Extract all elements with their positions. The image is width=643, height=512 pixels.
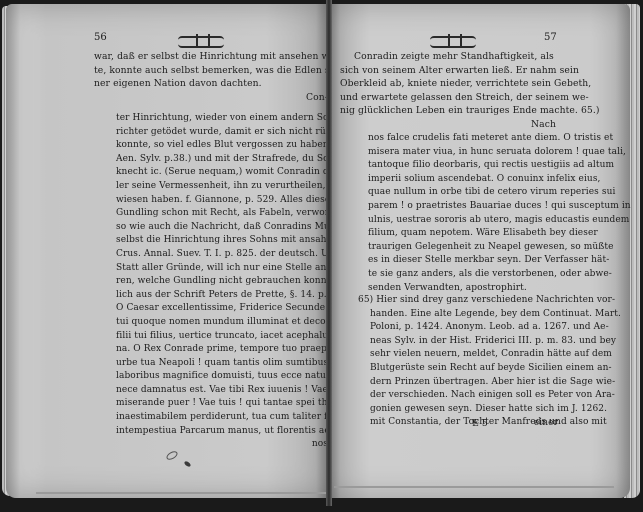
page-number: 56 bbox=[94, 32, 107, 43]
text-line: te sie ganz anders, als die verstorbenen… bbox=[368, 268, 558, 282]
book-gutter bbox=[326, 0, 332, 506]
catchword: einer bbox=[520, 417, 558, 431]
text-line: urbe tua Neapoli ! quam tantis olim sumt… bbox=[116, 357, 328, 371]
catchword-bottom: einer bbox=[520, 417, 558, 431]
text-line: Gundling schon mit Recht, als Fabeln, ve… bbox=[116, 207, 328, 221]
paper-stain bbox=[183, 460, 191, 467]
text-line: 65) Hier sind drey ganz verschiedene Nac… bbox=[358, 294, 558, 308]
catchword: Con- bbox=[94, 91, 328, 105]
header-ornament-icon bbox=[430, 36, 476, 48]
page-fold-line bbox=[334, 486, 614, 488]
text-line: quae nullum in orbe tibi de cetero virum… bbox=[368, 186, 558, 200]
text-line: parem ! o praetristes Bauariae duces ! q… bbox=[368, 200, 558, 214]
text-line: Statt aller Gründe, will ich nur eine St… bbox=[116, 262, 328, 276]
text-line: handen. Eine alte Legende, bey dem Conti… bbox=[358, 308, 558, 322]
text-line: es in dieser Stelle merkbar seyn. Der Ve… bbox=[368, 254, 558, 268]
text-line: tantoque filio deorbaris, qui rectis ues… bbox=[368, 159, 558, 173]
catchword: nos bbox=[116, 438, 328, 452]
text-line: misera mater viua, in hunc seruata dolor… bbox=[368, 146, 558, 160]
text-line: lich aus der Schrift Peters de Prette, §… bbox=[116, 289, 328, 303]
page-fold-line bbox=[36, 492, 326, 494]
text-line: selbst die Hinrichtung ihres Sohns mit a… bbox=[116, 234, 328, 248]
text-line: war, daß er selbst die Hinrichtung mit a… bbox=[94, 50, 328, 64]
left-page: 56 war, daß er selbst die Hinrichtung mi… bbox=[6, 4, 328, 498]
text-line: Aen. Sylv. p.38.) und mit der Strafrede,… bbox=[116, 153, 328, 167]
text-line: nig glücklichen Leben ein trauriges Ende… bbox=[340, 104, 556, 118]
text-line: Crus. Annal. Suev. T. I. p. 825. der deu… bbox=[116, 248, 328, 262]
text-line: Conradin zeigte mehr Standhaftigkeit, al… bbox=[340, 50, 556, 64]
footnote-continuation: nos falce crudelis fati meteret ante die… bbox=[368, 132, 558, 295]
text-line: miserande puer ! Vae tuis ! qui tantae s… bbox=[116, 397, 328, 411]
text-line: dern Prinzen übertragen. Aber hier ist d… bbox=[358, 376, 558, 390]
text-line: tui quoque nomen mundum illuminat et dec… bbox=[116, 316, 328, 330]
text-line: ter Hinrichtung, wieder von einem andern… bbox=[116, 112, 328, 126]
text-line: inaestimabilem perdiderunt, tua cum tali… bbox=[116, 411, 328, 425]
right-page: 57 Conradin zeigte mehr Standhaftigkeit,… bbox=[330, 4, 630, 498]
text-line: ler seine Vermessenheit, ihn zu verurthe… bbox=[116, 180, 328, 194]
footnote-65: 65) Hier sind drey ganz verschiedene Nac… bbox=[358, 294, 558, 430]
open-book: 56 war, daß er selbst die Hinrichtung mi… bbox=[0, 0, 643, 512]
text-line: intempestiua Parcarum manus, ut florenti… bbox=[116, 425, 328, 439]
text-line: ulnis, uestrae sororis ab utero, magis e… bbox=[368, 214, 558, 228]
text-line: filium, quam nepotem. Wäre Elisabeth bey… bbox=[368, 227, 558, 241]
text-line: filii tui filius, uertice truncato, iace… bbox=[116, 330, 328, 344]
text-line: laboribus magnifice domuisti, tuus ecce … bbox=[116, 370, 328, 384]
text-line: traurigen Gelegenheit zu Neapel gewesen,… bbox=[368, 241, 558, 255]
text-line: na. O Rex Conrade prime, tempore tuo pra… bbox=[116, 343, 328, 357]
text-line: neas Sylv. in der Hist. Friderici III. p… bbox=[358, 335, 558, 349]
text-line: sich von seinem Alter erwarten ließ. Er … bbox=[340, 64, 556, 78]
text-line: richter getödet wurde, damit er sich nic… bbox=[116, 126, 328, 140]
text-line: gonien gewesen seyn. Dieser hatte sich i… bbox=[358, 403, 558, 417]
text-line: nos falce crudelis fati meteret ante die… bbox=[368, 132, 558, 146]
text-line: Blutgerüste sein Recht auf beyde Sicilie… bbox=[358, 362, 558, 376]
text-line: Poloni, p. 1424. Anonym. Leob. ad a. 126… bbox=[358, 321, 558, 335]
text-line: konnte, so viel edles Blut vergossen zu … bbox=[116, 139, 328, 153]
main-text: Conradin zeigte mehr Standhaftigkeit, al… bbox=[340, 50, 556, 132]
signature-mark: E 5 bbox=[460, 417, 500, 431]
signature: E 5 bbox=[460, 417, 500, 431]
text-line: imperii solium ascendebat. O conuinx inf… bbox=[368, 173, 558, 187]
text-line: und erwartete gelassen den Streich, der … bbox=[340, 91, 556, 105]
text-line: so wie auch die Nachricht, daß Conradins… bbox=[116, 221, 328, 235]
catchword: Nach bbox=[340, 118, 556, 132]
text-line: ner eigenen Nation davon dachten. bbox=[94, 77, 328, 91]
page-number: 57 bbox=[544, 32, 557, 43]
text-line: knecht ic. (Serue nequam,) womit Conradi… bbox=[116, 166, 328, 180]
text-line: ren, welche Gundling nicht gebrauchen ko… bbox=[116, 275, 328, 289]
text-line: sehr vielen neuern, meldet, Conradin hät… bbox=[358, 348, 558, 362]
main-text: war, daß er selbst die Hinrichtung mit a… bbox=[94, 50, 328, 104]
text-line: nece damnatus est. Vae tibi Rex iuuenis … bbox=[116, 384, 328, 398]
text-line: wiesen haben. f. Giannone, p. 529. Alles… bbox=[116, 194, 328, 208]
text-line: O Caesar excellentissime, Friderice Secu… bbox=[116, 302, 328, 316]
text-line: te, konnte auch selbst bemerken, was die… bbox=[94, 64, 328, 78]
text-line: Oberkleid ab, kniete nieder, verrichtete… bbox=[340, 77, 556, 91]
footnote-text: ter Hinrichtung, wieder von einem andern… bbox=[116, 112, 328, 452]
text-line: der verschieden. Nach einigen soll es Pe… bbox=[358, 389, 558, 403]
header-ornament-icon bbox=[178, 36, 224, 48]
